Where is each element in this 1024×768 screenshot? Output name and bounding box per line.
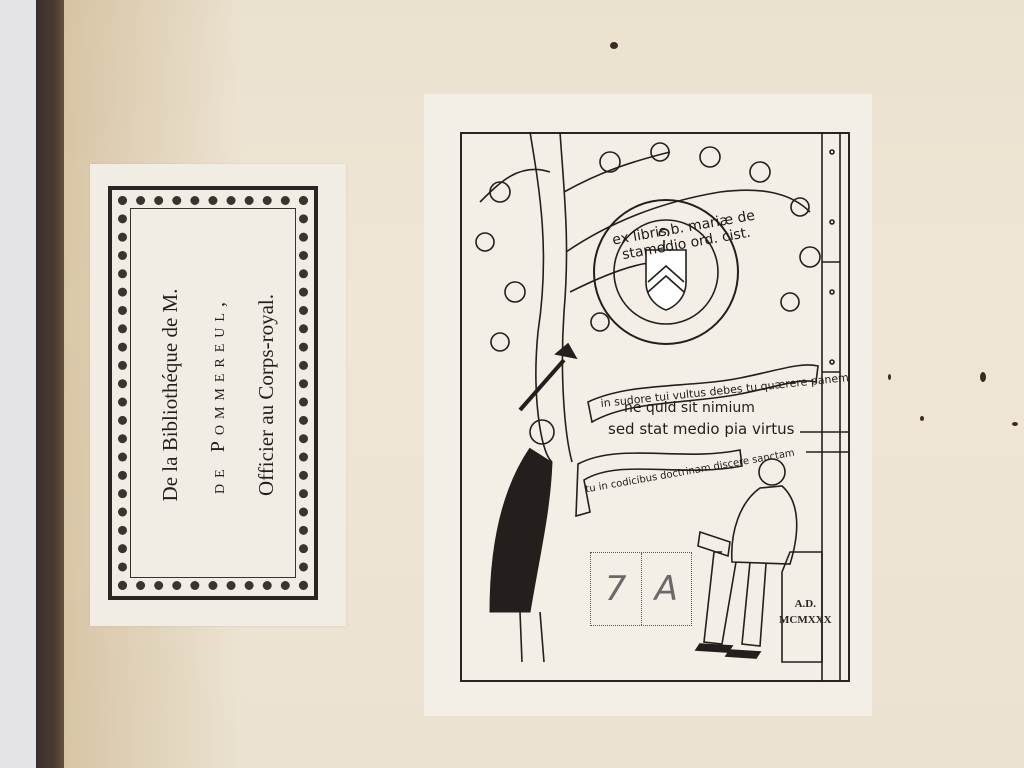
bookplate-text: De la Bibliothéque de M. de Pommereul, O… xyxy=(146,289,290,502)
ex-libris-bookplate: ex libris b. mariæ de stamedio ord. cist… xyxy=(424,94,872,716)
date-line-1: A.D. xyxy=(779,596,832,612)
stain-spot xyxy=(1012,422,1018,426)
motto-line-2: sed stat medio pia virtus xyxy=(608,420,794,438)
date-inscription: A.D. MCMXXX xyxy=(779,596,832,628)
stain-spot xyxy=(610,42,618,49)
pommereul-bookplate: De la Bibliothéque de M. de Pommereul, O… xyxy=(90,164,346,626)
background-surface xyxy=(0,0,38,768)
label-line-1: De la Bibliothéque de M. xyxy=(146,289,194,502)
stain-spot xyxy=(888,374,891,380)
stain-spot xyxy=(920,416,924,421)
motto-line-1: ne quid sit nimium xyxy=(624,400,755,416)
book-spine-edge xyxy=(36,0,66,768)
label-line-3: Officier au Corps-royal. xyxy=(242,289,290,502)
shelfmark-letter: A xyxy=(642,553,692,625)
date-line-2: MCMXXX xyxy=(779,612,832,628)
shelfmark-number: 7 xyxy=(591,553,642,625)
shelfmark-boxes: 7 A xyxy=(590,552,692,626)
stain-spot xyxy=(980,372,986,382)
label-line-2: de Pommereul, xyxy=(194,289,242,502)
